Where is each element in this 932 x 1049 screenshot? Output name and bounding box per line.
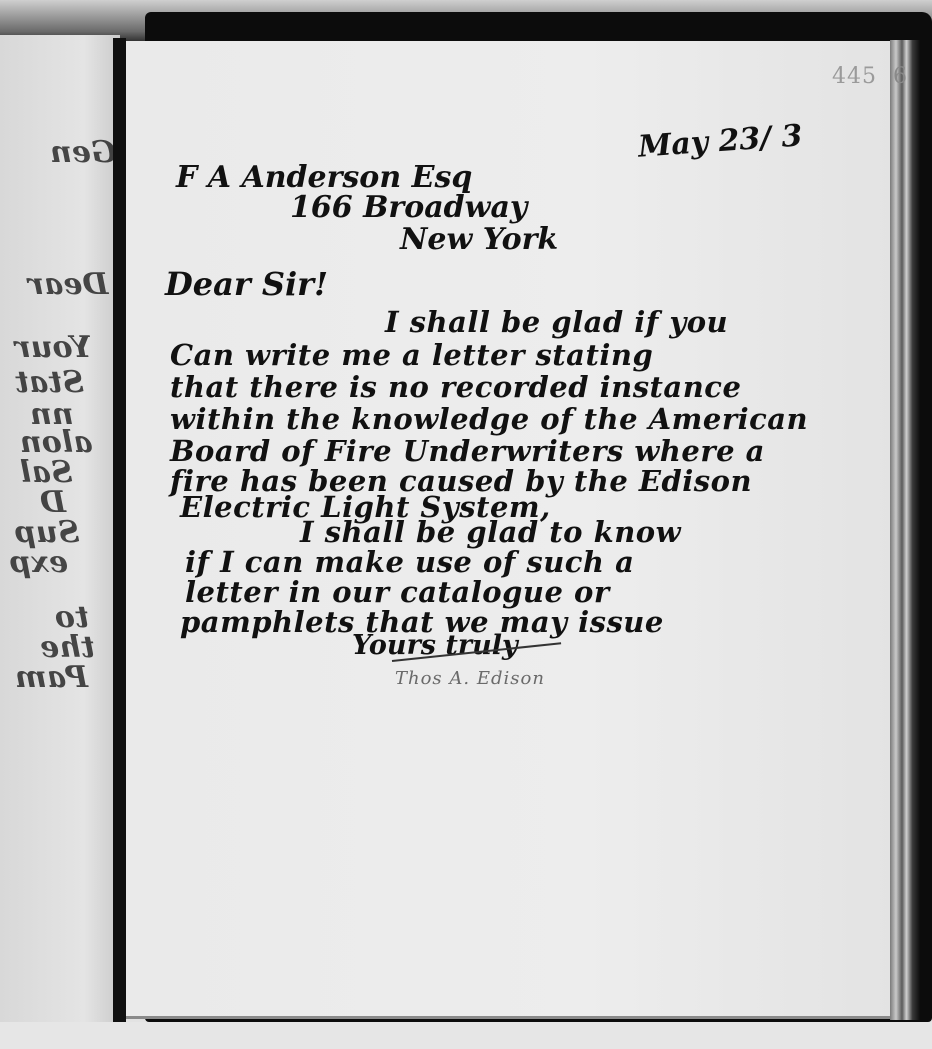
left-page-fragment: Stat	[15, 365, 84, 400]
left-page-fragment: Dear	[28, 267, 108, 302]
page-number-edge-fragment: 6	[893, 64, 907, 89]
body-line: letter in our catalogue or	[185, 575, 610, 609]
left-page-fragment: exp	[10, 545, 68, 580]
book-gutter	[113, 38, 126, 1023]
addressee-street: 166 Broadway	[290, 190, 527, 225]
left-page-fragment: Your	[15, 330, 91, 365]
salutation: Dear Sir!	[165, 265, 328, 303]
signature: Thos A. Edison	[395, 668, 545, 689]
body-line: Can write me a letter stating	[170, 338, 653, 372]
body-line: if I can make use of such a	[185, 545, 634, 579]
left-page-fragment: Pam	[15, 660, 88, 695]
body-line: I shall be glad if you	[385, 305, 728, 339]
left-page-fragment: Gen	[50, 135, 117, 170]
body-line: that there is no recorded instance	[170, 370, 741, 404]
body-line: within the knowledge of the American	[170, 402, 808, 436]
left-page: Gen Dear Your Stat nn alon Sal D Sup exp…	[0, 35, 120, 1030]
body-line: I shall be glad to know	[300, 515, 681, 549]
page-edges	[890, 40, 920, 1020]
body-line: Board of Fire Underwriters where a	[170, 434, 765, 468]
background-surface	[0, 1022, 932, 1049]
addressee-city: New York	[400, 222, 558, 257]
page-number: 445	[832, 64, 877, 89]
